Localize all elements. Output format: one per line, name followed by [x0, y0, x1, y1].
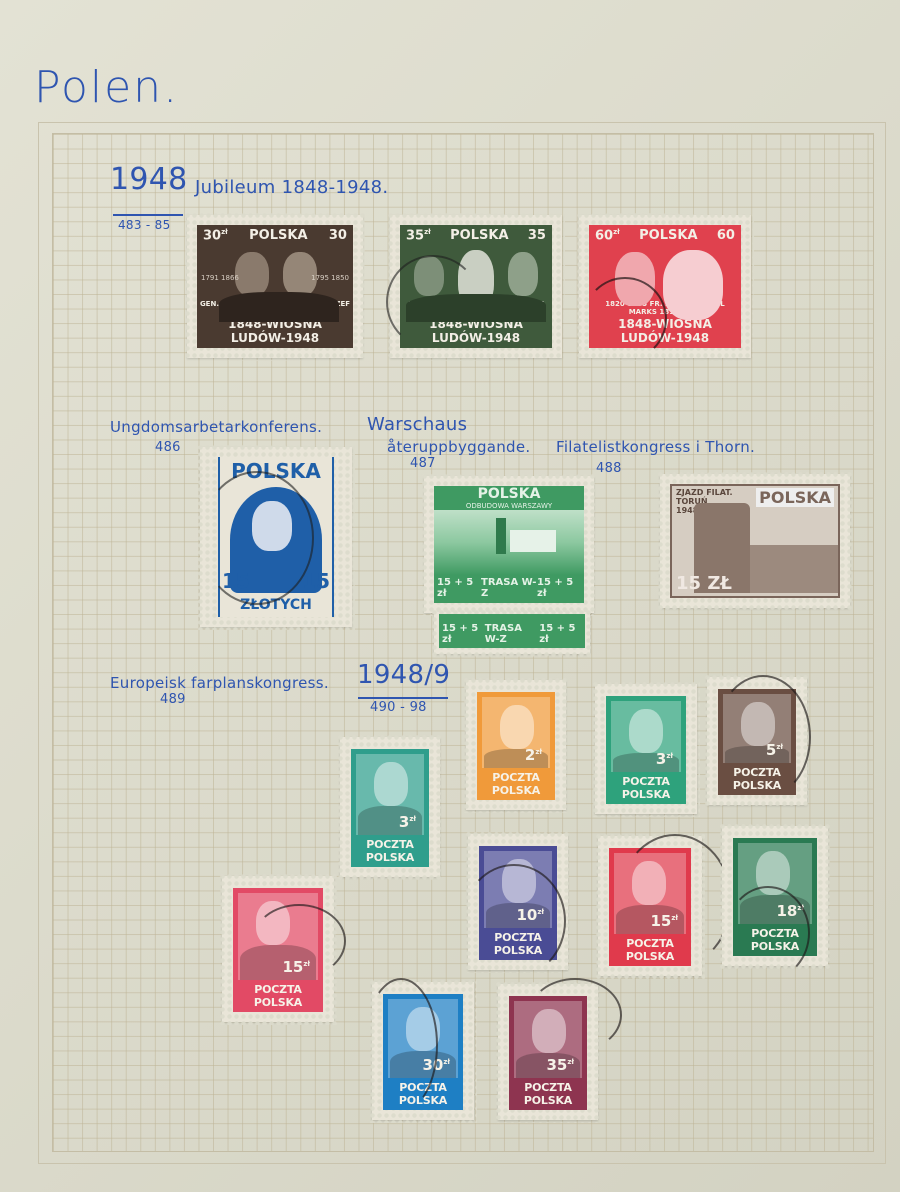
stamp-torun-15zl[interactable]: ZJAZD FILAT. TORUŃ 1948 POLSKA 15 ZŁ	[660, 474, 850, 608]
stamp-bierut-3zl[interactable]: 3zł POCZTA POLSKA	[595, 684, 697, 814]
section-heading: Warschaus	[367, 414, 467, 435]
stamp-value: 3zł	[399, 813, 416, 831]
stamp-bierut-10zl[interactable]: 10zł POCZTA POLSKA	[468, 834, 568, 970]
catalog-range: 483 - 85	[118, 218, 171, 232]
stamp-label: POCZTA POLSKA	[718, 763, 796, 795]
section-heading: Ungdomsarbetarkonferens.	[110, 418, 322, 436]
stamp-bierut-18zl[interactable]: 18zł POCZTA POLSKA	[722, 826, 828, 966]
section-heading-line2: återuppbyggande.	[387, 438, 530, 456]
stamp-label: POCZTA POLSKA	[606, 772, 686, 804]
stamp-label: POCZTA POLSKA	[233, 980, 323, 1012]
stamp-value: 35zł	[546, 1056, 574, 1074]
stamp-bierut-3zl[interactable]: 3zł POCZTA POLSKA	[340, 737, 440, 877]
underline	[358, 697, 448, 699]
stamp-label: POCZTA POLSKA	[383, 1078, 463, 1110]
catalog-number: 489	[160, 692, 186, 707]
section-year: 1948/9	[357, 660, 450, 690]
stamp-bierut-30zl[interactable]: 30zł POCZTA POLSKA	[372, 982, 474, 1120]
stamp-30zl[interactable]: 30złPOLSKA30 1791 1866 1795 1850 GEN. HE…	[187, 215, 363, 358]
stamp-bierut-15zl[interactable]: 15zł POCZTA POLSKA	[222, 876, 334, 1022]
stamp-value: 2zł	[525, 746, 542, 764]
catalog-range: 490 - 98	[370, 700, 427, 715]
stamp-label: POCZTA POLSKA	[477, 768, 555, 800]
section-heading: Jubileum 1848-1948.	[195, 177, 388, 198]
underline	[113, 214, 183, 216]
stamp-youth-15zl[interactable]: POLSKA 15 15 ZŁOTYCH	[200, 447, 352, 627]
catalog-number: 486	[155, 440, 181, 455]
section-heading: Filatelistkongress i Thorn.	[556, 438, 755, 456]
stamp-label: POCZTA POLSKA	[351, 835, 429, 867]
stamp-warsaw-15-5zl[interactable]: POLSKA ODBUDOWA WARSZAWY 15 + 5 złTRASA …	[424, 476, 594, 613]
stamp-value: 5zł	[766, 741, 783, 759]
stamp-value: 15zł	[650, 912, 678, 930]
stamp-value: 3zł	[656, 750, 673, 768]
stamp-35zl[interactable]: 35złPOLSKA35 STAN. WORCELL KS.P. ŚCIEGIE…	[390, 215, 562, 358]
catalog-number: 488	[596, 461, 622, 476]
stamp-bierut-2zl[interactable]: 2zł POCZTA POLSKA	[466, 680, 566, 810]
page-title: Polen.	[34, 62, 179, 113]
stamp-label: POCZTA POLSKA	[479, 928, 557, 960]
stamp-warsaw-strip[interactable]: 15 + 5 złTRASA W-Z15 + 5 zł	[434, 612, 590, 654]
stamp-label: POCZTA POLSKA	[509, 1078, 587, 1110]
album-page: Polen. 1948 Jubileum 1848-1948. 483 - 85…	[0, 0, 900, 1192]
stamp-60zl[interactable]: 60złPOLSKA60 1820-1895 FR. ENGELS KAROL …	[579, 215, 751, 358]
stamp-label: POCZTA POLSKA	[733, 924, 817, 956]
stamp-bierut-15zl[interactable]: 15zł POCZTA POLSKA	[598, 836, 702, 976]
stamp-value: 10zł	[516, 906, 544, 924]
section-heading: Europeisk farplanskongress.	[110, 674, 329, 692]
stamp-value: 18zł	[776, 902, 804, 920]
stamp-value: 15zł	[282, 958, 310, 976]
stamp-value: 30zł	[422, 1056, 450, 1074]
catalog-number: 487	[410, 456, 436, 471]
stamp-bierut-5zl[interactable]: 5zł POCZTA POLSKA	[707, 677, 807, 805]
stamp-bierut-35zl[interactable]: 35zł POCZTA POLSKA	[498, 984, 598, 1120]
section-year: 1948	[110, 162, 188, 197]
stamp-label: POCZTA POLSKA	[609, 934, 691, 966]
